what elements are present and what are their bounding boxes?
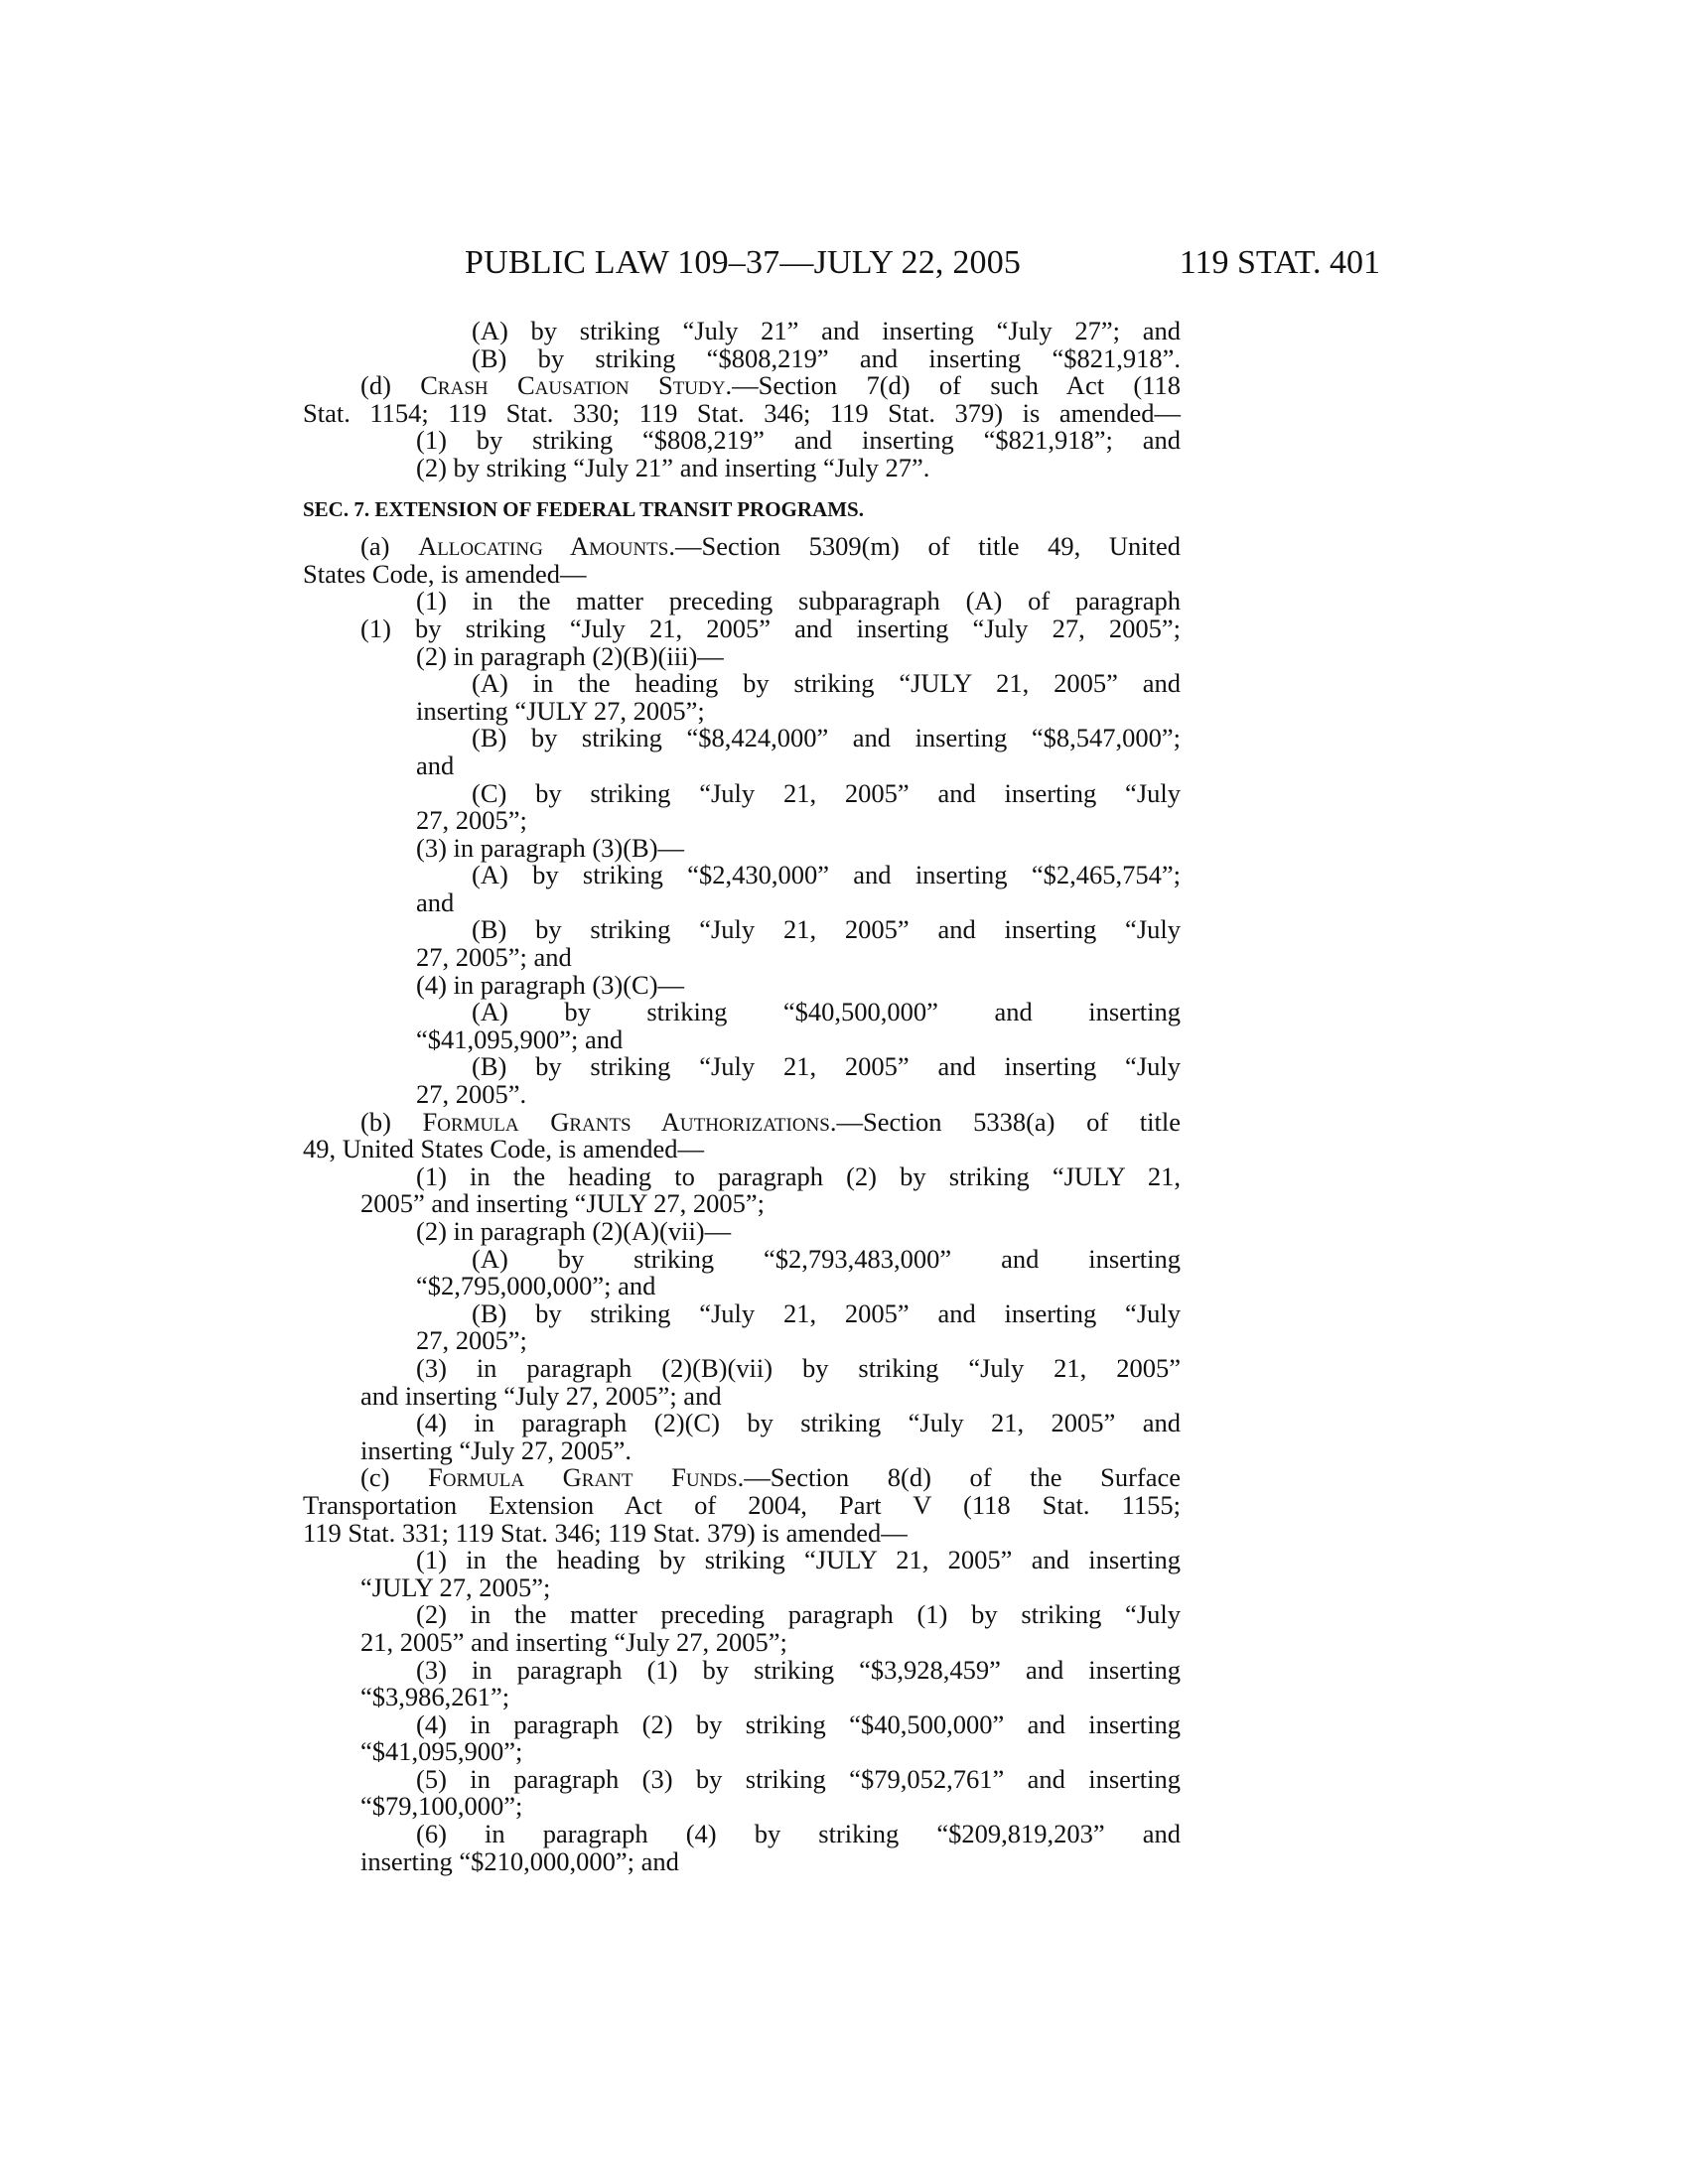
text-line: (3) in paragraph (3)(B)—: [303, 835, 1181, 863]
text-line: (3) in paragraph (1) by striking “$3,928…: [303, 1657, 1181, 1685]
text-line: (A) in the heading by striking “JULY 21,…: [303, 670, 1181, 698]
text-line: (4) in paragraph (2)(C) by striking “Jul…: [303, 1410, 1181, 1437]
text-line: (B) by striking “July 21, 2005” and inse…: [303, 1053, 1181, 1081]
text-line: (3) in paragraph (2)(B)(vii) by striking…: [303, 1355, 1181, 1383]
text-line: (4) in paragraph (3)(C)—: [303, 972, 1181, 1000]
text-line: (d) Crash Causation Study.—Section 7(d) …: [303, 372, 1181, 400]
subsection-label: (d): [360, 370, 420, 400]
text-line: (B) by striking “July 21, 2005” and inse…: [303, 916, 1181, 944]
text-line: (6) in paragraph (4) by striking “$209,8…: [303, 1821, 1181, 1848]
text-line: “$41,095,900”;: [303, 1738, 1181, 1766]
text-line: (2) in paragraph (2)(B)(iii)—: [303, 643, 1181, 671]
text-line: 27, 2005”;: [303, 807, 1181, 835]
text-line: inserting “JULY 27, 2005”;: [303, 698, 1181, 726]
text-line: (B) by striking “$808,219” and inserting…: [303, 345, 1181, 373]
text-line: (C) by striking “July 21, 2005” and inse…: [303, 780, 1181, 808]
text-line: inserting “July 27, 2005”.: [303, 1437, 1181, 1465]
text-line: “$2,795,000,000”; and: [303, 1273, 1181, 1300]
text-line: (1) in the heading to paragraph (2) by s…: [303, 1163, 1181, 1191]
text-line: States Code, is amended—: [303, 561, 1181, 589]
section-heading: SEC. 7. EXTENSION OF FEDERAL TRANSIT PRO…: [303, 496, 1181, 524]
subsection-heading: Formula Grant Funds: [428, 1462, 738, 1492]
running-head-title: PUBLIC LAW 109–37—JULY 22, 2005: [465, 244, 1021, 282]
text-line: (B) by striking “July 21, 2005” and inse…: [303, 1300, 1181, 1328]
text-line: “JULY 27, 2005”;: [303, 1574, 1181, 1602]
subsection-label: (b): [360, 1107, 423, 1137]
text-line: (2) in the matter preceding paragraph (1…: [303, 1601, 1181, 1629]
text-line: (2) in paragraph (2)(A)(vii)—: [303, 1218, 1181, 1246]
text-line: (5) in paragraph (3) by striking “$79,05…: [303, 1766, 1181, 1794]
text-line: (1) in the heading by striking “JULY 21,…: [303, 1547, 1181, 1574]
text-line: (2) by striking “July 21” and inserting …: [303, 455, 1181, 482]
text-line: “$3,986,261”;: [303, 1684, 1181, 1711]
text-line: 2005” and inserting “JULY 27, 2005”;: [303, 1190, 1181, 1218]
subsection-text: .—Section 5309(m) of title 49, United: [668, 531, 1181, 561]
text-line: (1) in the matter preceding subparagraph…: [303, 588, 1181, 615]
text-line: and: [303, 889, 1181, 917]
text-line: (A) by striking “$40,500,000” and insert…: [303, 999, 1181, 1026]
amendments-continued: (A) by striking “July 21” and inserting …: [303, 318, 1181, 482]
text-line: and: [303, 752, 1181, 780]
text-line: (A) by striking “July 21” and inserting …: [303, 318, 1181, 345]
text-line: (A) by striking “$2,793,483,000” and ins…: [303, 1246, 1181, 1274]
statute-page-number: 119 STAT. 401: [1180, 244, 1380, 282]
subsection-label: (c): [360, 1462, 428, 1492]
text-line: (A) by striking “$2,430,000” and inserti…: [303, 862, 1181, 889]
text-line: (a) Allocating Amounts.—Section 5309(m) …: [303, 533, 1181, 561]
text-line: 21, 2005” and inserting “July 27, 2005”;: [303, 1629, 1181, 1657]
subsection-label: (a): [360, 531, 418, 561]
text-line: 119 Stat. 331; 119 Stat. 346; 119 Stat. …: [303, 1520, 1181, 1548]
text-line: (B) by striking “$8,424,000” and inserti…: [303, 725, 1181, 752]
text-line: “$41,095,900”; and: [303, 1026, 1181, 1054]
page-header: PUBLIC LAW 109–37—JULY 22, 2005 119 STAT…: [0, 244, 1688, 284]
text-line: 27, 2005”; and: [303, 944, 1181, 972]
subsection-heading: Formula Grants Authorizations: [423, 1107, 830, 1137]
text-line: (4) in paragraph (2) by striking “$40,50…: [303, 1711, 1181, 1739]
text-line: 27, 2005”;: [303, 1327, 1181, 1355]
text-line: and inserting “July 27, 2005”; and: [303, 1383, 1181, 1411]
text-line: (1) by striking “July 21, 2005” and inse…: [303, 615, 1181, 643]
subsection-text: .—Section 7(d) of such Act (118: [725, 370, 1181, 400]
subsection-heading: Crash Causation Study: [420, 370, 725, 400]
text-line: 27, 2005”.: [303, 1081, 1181, 1109]
text-line: (1) by striking “$808,219” and inserting…: [303, 427, 1181, 455]
subsection-text: .—Section 5338(a) of title: [830, 1107, 1181, 1137]
text-line: Transportation Extension Act of 2004, Pa…: [303, 1492, 1181, 1520]
document-body: (A) by striking “July 21” and inserting …: [303, 318, 1181, 1875]
text-line: 49, United States Code, is amended—: [303, 1136, 1181, 1163]
subsection-heading: Allocating Amounts: [418, 531, 668, 561]
text-line: (b) Formula Grants Authorizations.—Secti…: [303, 1109, 1181, 1137]
text-line: Stat. 1154; 119 Stat. 330; 119 Stat. 346…: [303, 400, 1181, 428]
text-line: inserting “$210,000,000”; and: [303, 1848, 1181, 1876]
section-7-text: (a) Allocating Amounts.—Section 5309(m) …: [303, 533, 1181, 1875]
text-line: (c) Formula Grant Funds.—Section 8(d) of…: [303, 1464, 1181, 1492]
subsection-text: .—Section 8(d) of the Surface: [738, 1462, 1181, 1492]
text-line: “$79,100,000”;: [303, 1793, 1181, 1821]
